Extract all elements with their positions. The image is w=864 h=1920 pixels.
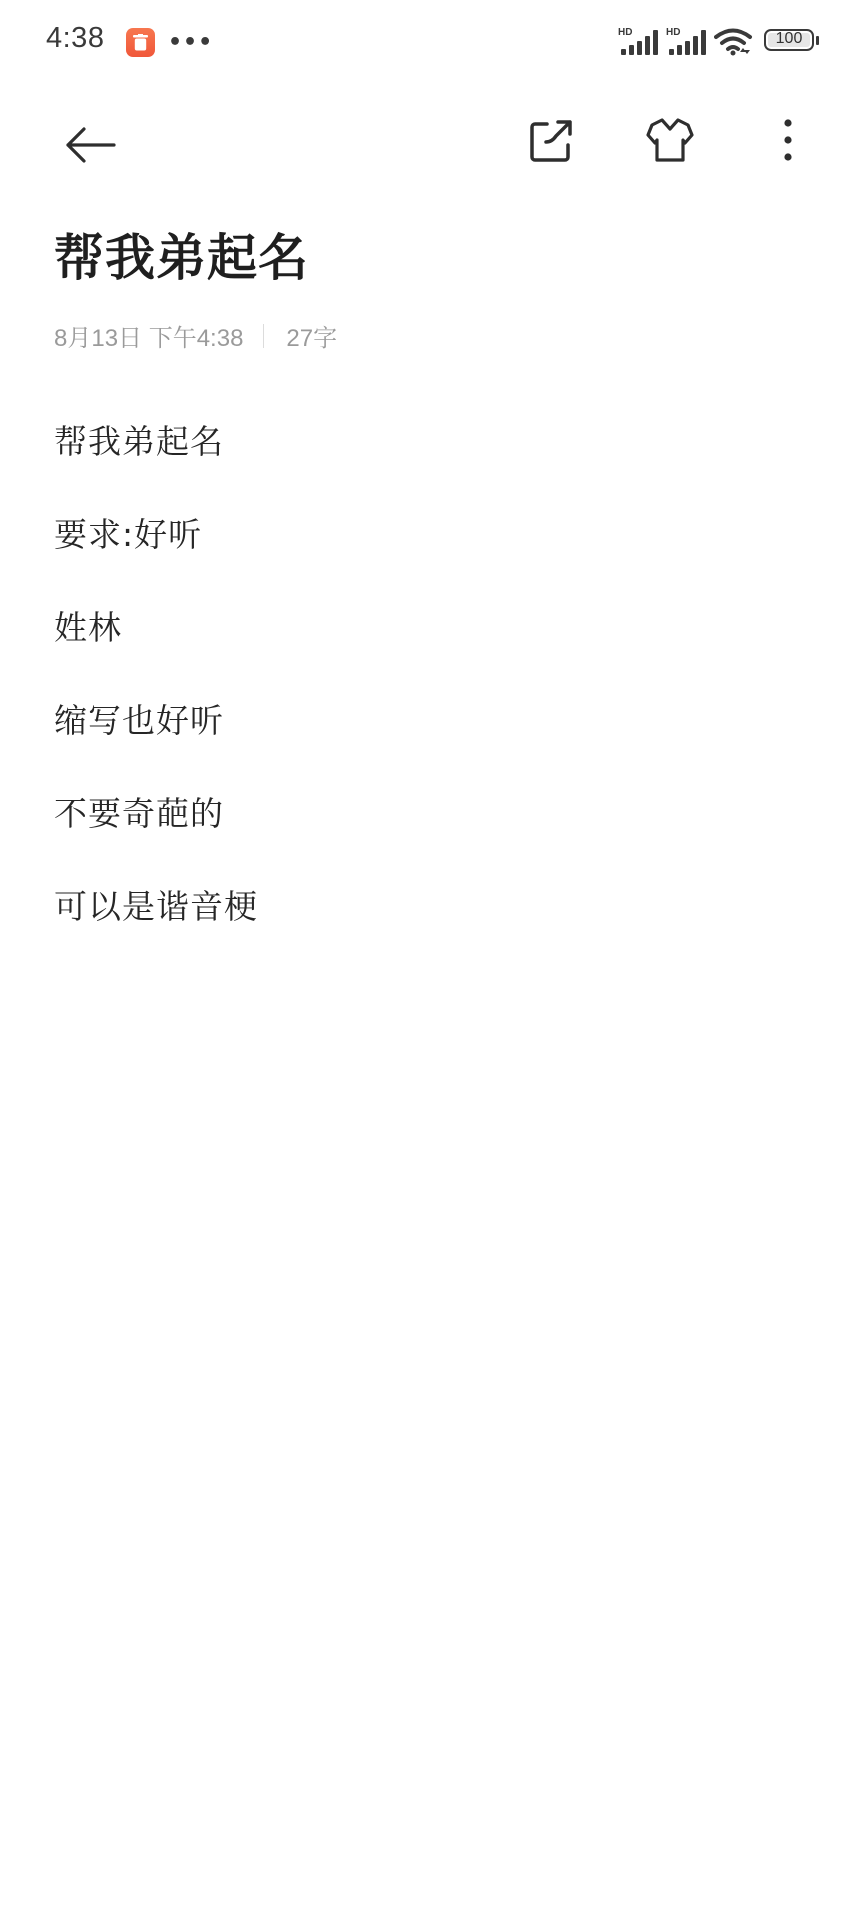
battery-icon: 100 — [764, 29, 814, 51]
word-count: 27字 — [286, 318, 337, 353]
note-line[interactable]: 缩写也好听 — [54, 699, 258, 792]
note-line[interactable]: 不要奇葩的 — [54, 792, 258, 885]
note-toolbar — [0, 110, 864, 180]
wifi-icon — [714, 28, 754, 60]
note-date: 8月13日 下午4:38 — [54, 318, 243, 353]
svg-text:HD: HD — [666, 27, 680, 38]
arrow-left-icon — [64, 125, 116, 165]
note-title[interactable]: 帮我弟起名 — [54, 218, 309, 290]
note-line[interactable]: 帮我弟起名 — [54, 420, 258, 513]
tshirt-icon — [646, 117, 694, 163]
signal-strength-icon-sim2: HD — [666, 26, 710, 60]
note-line[interactable]: 姓林 — [54, 606, 258, 699]
theme-button[interactable] — [640, 110, 700, 170]
status-bar: 4:38 ••• HD HD — [0, 0, 864, 84]
signal-strength-icon-sim1: HD — [618, 26, 662, 60]
note-line[interactable]: 可以是谐音梗 — [54, 885, 258, 978]
share-external-icon — [530, 118, 574, 162]
battery-tip — [816, 36, 819, 45]
more-options-button[interactable] — [758, 110, 818, 170]
share-button[interactable] — [522, 110, 582, 170]
back-button[interactable] — [60, 115, 120, 175]
battery-level: 100 — [766, 30, 812, 48]
meta-divider — [263, 324, 264, 348]
notification-overflow-icon: ••• — [168, 30, 213, 55]
note-line[interactable]: 要求:好听 — [54, 513, 258, 606]
trash-app-notification-icon — [126, 28, 155, 57]
note-body[interactable]: 帮我弟起名 要求:好听 姓林 缩写也好听 不要奇葩的 可以是谐音梗 — [54, 420, 258, 978]
svg-text:HD: HD — [618, 27, 632, 38]
note-meta: 8月13日 下午4:38 27字 — [54, 318, 337, 353]
status-time: 4:38 — [46, 22, 104, 55]
more-vertical-icon — [783, 118, 793, 162]
